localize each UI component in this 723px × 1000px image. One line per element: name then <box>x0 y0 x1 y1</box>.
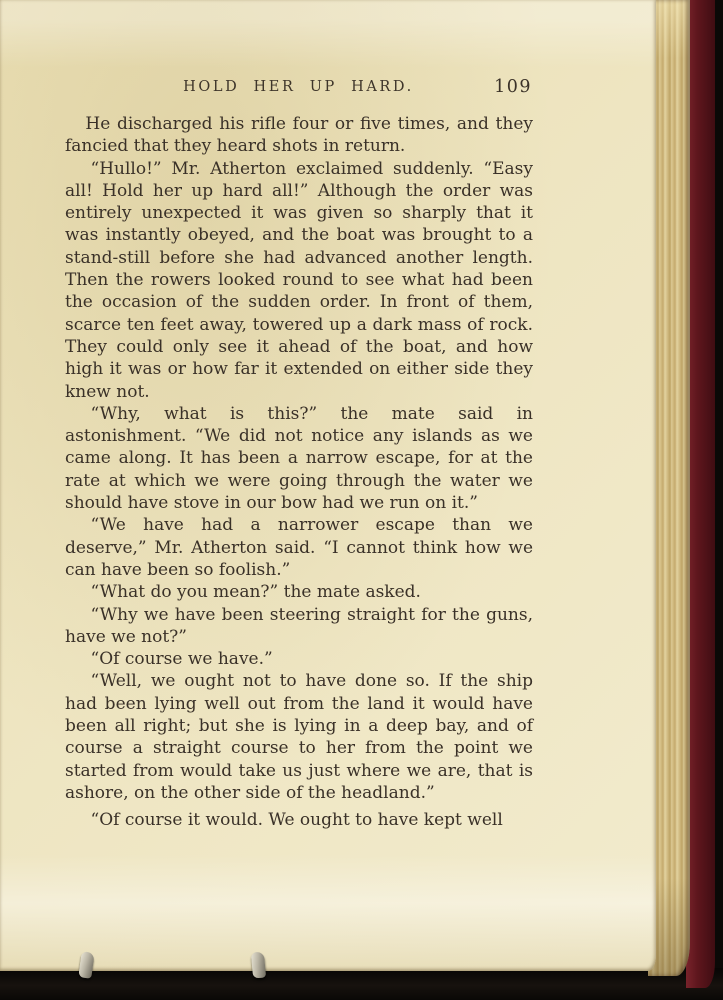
paragraph: He discharged his rifle four or five tim… <box>65 113 533 158</box>
paragraph: “Well, we ought not to have done so. If … <box>65 670 533 804</box>
page-body-text: He discharged his rifle four or five tim… <box>65 113 533 832</box>
paragraph: “What do you mean?” the mate asked. <box>65 581 533 603</box>
paragraph: “Of course we have.” <box>65 648 533 670</box>
paragraph: “Hullo!” Mr. Atherton exclaimed suddenly… <box>65 158 533 403</box>
book-scan: HOLD HER UP HARD. 109 He discharged his … <box>0 0 723 1000</box>
page-number: 109 <box>494 77 532 97</box>
backdrop-shadow <box>0 968 723 1000</box>
paragraph: “Why, what is this?” the mate said in as… <box>65 403 533 514</box>
book-cover-edge <box>686 0 715 988</box>
chapter-running-title: HOLD HER UP HARD. <box>65 79 532 95</box>
book-page: HOLD HER UP HARD. 109 He discharged his … <box>0 0 656 971</box>
paragraph: “We have had a narrower escape than we d… <box>65 514 533 581</box>
paragraph: “Of course it would. We ought to have ke… <box>65 809 533 831</box>
paragraph: “Why we have been steering straight for … <box>65 604 533 649</box>
running-head: HOLD HER UP HARD. 109 <box>65 79 532 101</box>
page-holder-clip <box>251 951 266 978</box>
